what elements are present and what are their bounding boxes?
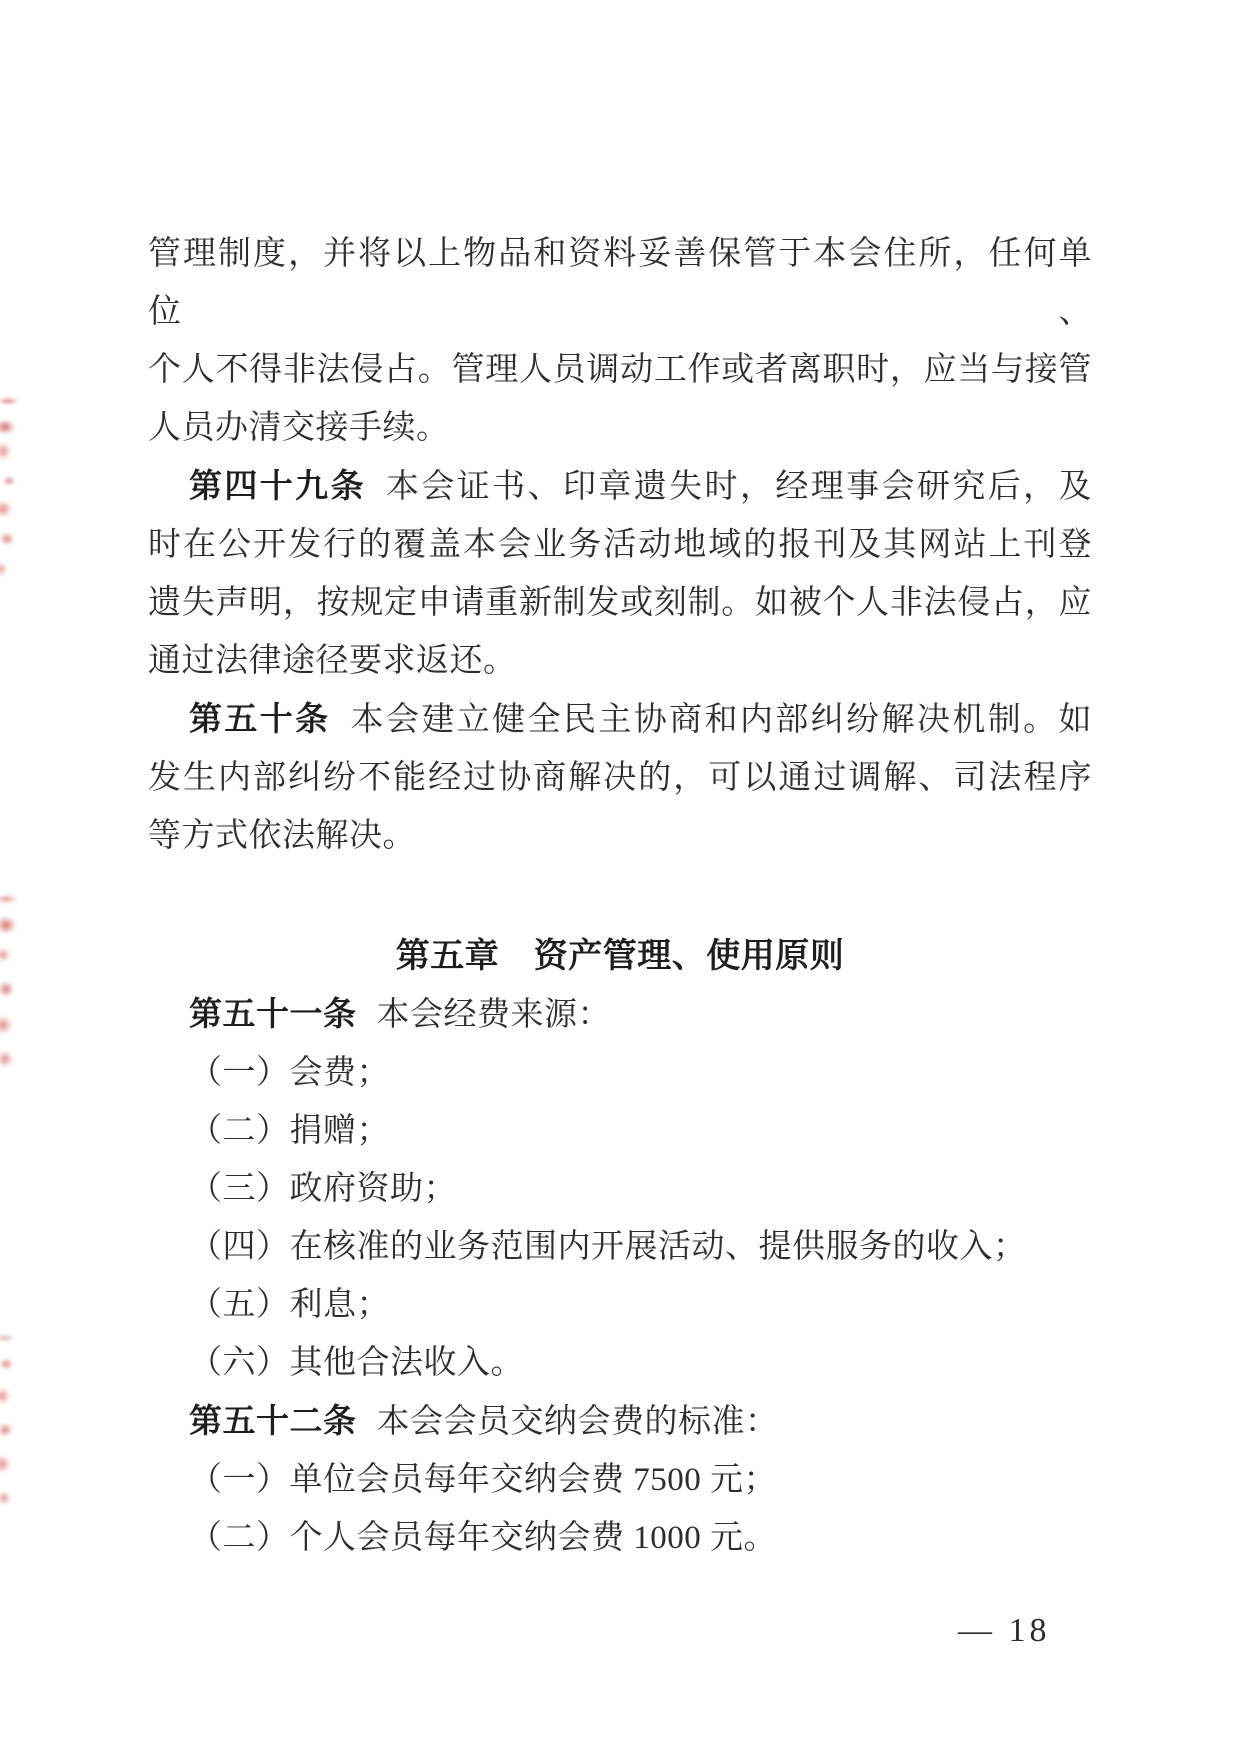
line-text: 个人不得非法侵占。管理人员调动工作或者离职时，应当与接管 — [148, 352, 1092, 388]
line-text: （四）在核准的业务范围内开展活动、提供服务的收入； — [189, 1229, 1027, 1265]
text-line: 通过法律途径要求返还。 — [148, 632, 1092, 690]
text-line: 第五十二条本会会员交纳会费的标准： — [148, 1392, 1092, 1451]
text-line: 第四十九条本会证书、印章遗失时，经理事会研究后，及 — [148, 457, 1092, 516]
line-text: 等方式依法解决。 — [148, 818, 416, 854]
text-line: （二）捐赠； — [148, 1102, 1092, 1160]
line-text: （二）个人会员每年交纳会费 1000 元。 — [189, 1520, 777, 1556]
line-text: （六）其他合法收入。 — [189, 1345, 524, 1381]
line-text: （一）单位会员每年交纳会费 7500 元； — [189, 1462, 777, 1498]
text-line: 发生内部纠纷不能经过协商解决的，可以通过调解、司法程序 — [148, 749, 1092, 807]
red-seal-stamp-fragment-bottom — [0, 1330, 34, 1520]
text-line: 个人不得非法侵占。管理人员调动工作或者离职时，应当与接管 — [148, 341, 1092, 399]
article-number: 第五十一条 — [189, 995, 357, 1032]
line-text: 本会建立健全民主协商和内部纠纷解决机制。如 — [351, 702, 1092, 738]
line-text: 人员办清交接手续。 — [148, 410, 450, 446]
text-line: 管理制度，并将以上物品和资料妥善保管于本会住所，任何单位、 — [148, 225, 1092, 341]
red-seal-stamp-fragment-top — [0, 393, 34, 593]
line-text: （三）政府资助； — [189, 1171, 457, 1207]
text-line: （二）个人会员每年交纳会费 1000 元。 — [148, 1509, 1092, 1567]
line-text: 本会会员交纳会费的标准： — [377, 1404, 779, 1440]
line-text: 本会经费来源： — [377, 997, 612, 1033]
text-line: 时在公开发行的覆盖本会业务活动地域的报刊及其网站上刊登 — [148, 516, 1092, 574]
line-text: 遗失声明，按规定申请重新制发或刻制。如被个人非法侵占，应 — [148, 585, 1092, 621]
line-text: 第五章 资产管理、使用原则 — [396, 937, 845, 975]
line-text: 本会证书、印章遗失时，经理事会研究后，及 — [386, 469, 1092, 505]
line-text: （一）会费； — [189, 1055, 390, 1091]
line-text: 管理制度，并将以上物品和资料妥善保管于本会住所，任何单位、 — [148, 236, 1092, 330]
red-seal-stamp-fragment-middle — [0, 893, 34, 1088]
text-line: 遗失声明，按规定申请重新制发或刻制。如被个人非法侵占，应 — [148, 574, 1092, 632]
article-number: 第五十二条 — [189, 1402, 357, 1439]
text-line: （五）利息； — [148, 1276, 1092, 1334]
text-line: 等方式依法解决。 — [148, 807, 1092, 865]
line-text: 通过法律途径要求返还。 — [148, 643, 517, 679]
text-line: （三）政府资助； — [148, 1160, 1092, 1218]
line-text: 发生内部纠纷不能经过协商解决的，可以通过调解、司法程序 — [148, 760, 1092, 796]
line-text: （二）捐赠； — [189, 1113, 390, 1149]
chapter-heading: 第五章 资产管理、使用原则 — [148, 927, 1092, 985]
text-line: 人员办清交接手续。 — [148, 399, 1092, 457]
article-number: 第五十条 — [189, 700, 331, 737]
text-line: （四）在核准的业务范围内开展活动、提供服务的收入； — [148, 1218, 1092, 1276]
line-text: （五）利息； — [189, 1287, 390, 1323]
text-line: （一）单位会员每年交纳会费 7500 元； — [148, 1451, 1092, 1509]
text-line: 第五十条本会建立健全民主协商和内部纠纷解决机制。如 — [148, 690, 1092, 749]
text-line: （六）其他合法收入。 — [148, 1334, 1092, 1392]
page-number: — 18 — [958, 1612, 1051, 1650]
article-number: 第四十九条 — [189, 467, 366, 504]
document-text-body: 管理制度，并将以上物品和资料妥善保管于本会住所，任何单位、个人不得非法侵占。管理… — [148, 225, 1092, 1567]
text-line: 第五十一条本会经费来源： — [148, 985, 1092, 1044]
text-line: （一）会费； — [148, 1044, 1092, 1102]
line-text: 时在公开发行的覆盖本会业务活动地域的报刊及其网站上刊登 — [148, 527, 1092, 563]
document-page: 管理制度，并将以上物品和资料妥善保管于本会住所，任何单位、个人不得非法侵占。管理… — [0, 0, 1240, 1754]
